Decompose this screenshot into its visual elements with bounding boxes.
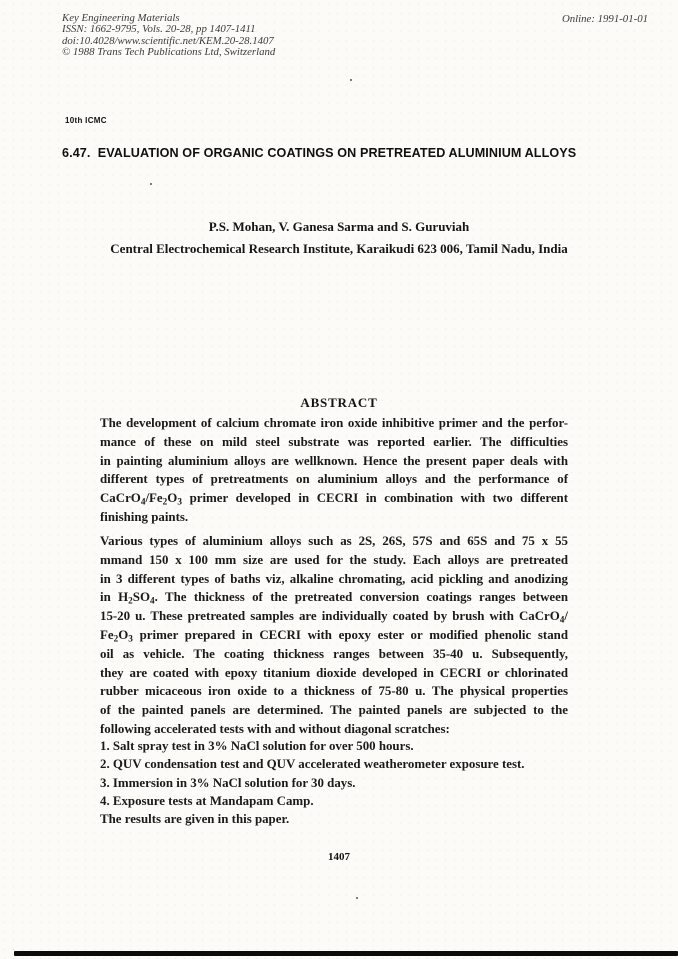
- abstract-paragraph-2: Various types of aluminium alloys such a…: [100, 532, 568, 739]
- text-line: finishing paints.: [100, 508, 568, 527]
- text-line: Fe2O3 primer prepared in CECRI with epox…: [100, 626, 568, 645]
- text-line: in H2SO4. The thickness of the pretreate…: [100, 588, 568, 607]
- text-line: they are coated with epoxy titanium diox…: [100, 664, 568, 683]
- scan-speck: [150, 183, 152, 185]
- text-line: The development of calcium chromate iron…: [100, 414, 568, 433]
- text-line: of the painted panels are determined. Th…: [100, 701, 568, 720]
- paper-title: 6.47. EVALUATION OF ORGANIC COATINGS ON …: [62, 146, 602, 160]
- text-line: 15-20 u. These pretreated samples are in…: [100, 607, 568, 626]
- scan-speck: [350, 79, 352, 81]
- publication-header: Key Engineering Materials ISSN: 1662-979…: [62, 13, 275, 59]
- abstract-heading: ABSTRACT: [0, 395, 678, 411]
- text-line: 1. Salt spray test in 3% NaCl solution f…: [100, 737, 568, 755]
- text-line: rubber micaceous iron oxide to a thickne…: [100, 682, 568, 701]
- text-line: 4. Exposure tests at Mandapam Camp.: [100, 792, 568, 810]
- affiliation-line: Central Electrochemical Research Institu…: [0, 241, 678, 257]
- page-number: 1407: [0, 851, 678, 863]
- text-line: in painting aluminium alloys are wellkno…: [100, 452, 568, 471]
- closing-line: The results are given in this paper.: [100, 812, 289, 827]
- text-line: in 3 different types of baths viz, alkal…: [100, 570, 568, 589]
- text-line: mance of these on mild steel substrate w…: [100, 433, 568, 452]
- copyright-line: © 1988 Trans Tech Publications Ltd, Swit…: [62, 47, 275, 58]
- text-line: CaCrO4/Fe2O3 primer developed in CECRI i…: [100, 489, 568, 508]
- test-list: 1. Salt spray test in 3% NaCl solution f…: [100, 737, 568, 811]
- authors-line: P.S. Mohan, V. Ganesa Sarma and S. Guruv…: [0, 219, 678, 235]
- text-line: 3. Immersion in 3% NaCl solution for 30 …: [100, 774, 568, 792]
- text-line: different types of pretreatments on alum…: [100, 470, 568, 489]
- text-line: oil as vehicle. The coating thickness ra…: [100, 645, 568, 664]
- text-line: mmand 150 x 100 mm size are used for the…: [100, 551, 568, 570]
- text-line: Various types of aluminium alloys such a…: [100, 532, 568, 551]
- conference-label: 10th ICMC: [65, 116, 107, 125]
- scanned-paper-page: Key Engineering Materials ISSN: 1662-979…: [0, 0, 678, 959]
- footer-scan-bar: [14, 951, 678, 956]
- text-line: 2. QUV condensation test and QUV acceler…: [100, 755, 568, 773]
- scan-speck: [356, 897, 358, 899]
- abstract-paragraph-1: The development of calcium chromate iron…: [100, 414, 568, 527]
- text-line: following accelerated tests with and wit…: [100, 720, 568, 739]
- online-date: Online: 1991-01-01: [562, 13, 648, 25]
